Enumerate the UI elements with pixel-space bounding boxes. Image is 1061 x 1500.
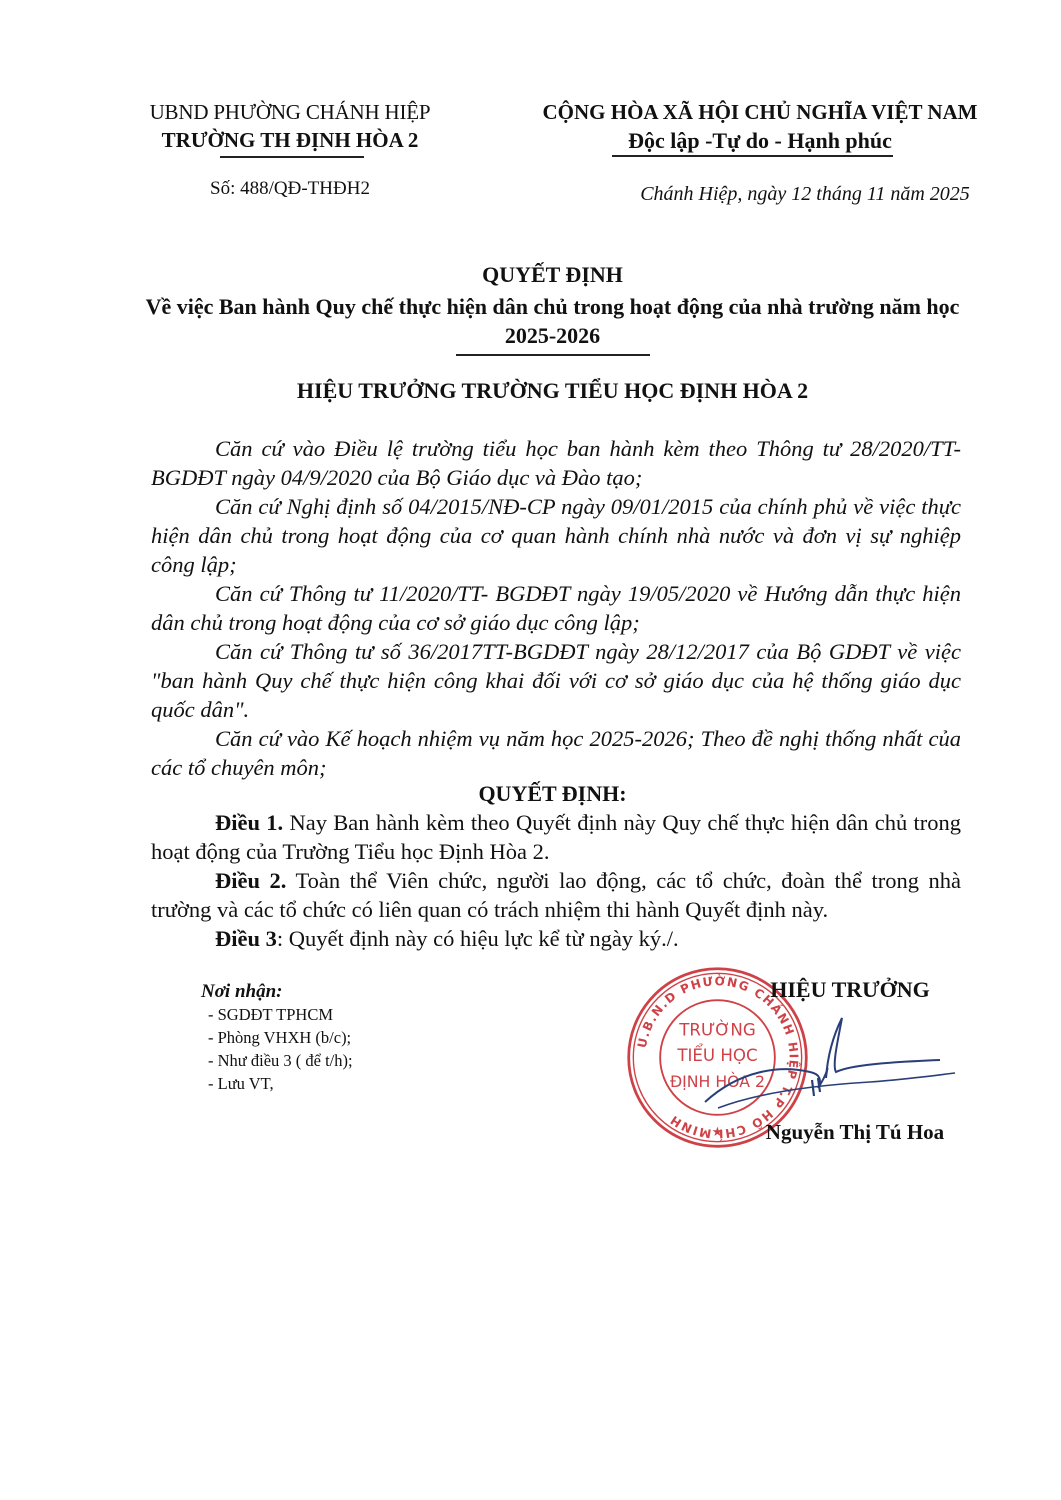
decision-heading: QUYẾT ĐỊNH:	[100, 781, 1005, 807]
article-2: Điều 2. Toàn thể Viên chức, người lao độ…	[151, 866, 961, 924]
document-number: Số: 488/QĐ-THĐH2	[120, 178, 460, 200]
recipient-item: - Phòng VHXH (b/c);	[200, 1026, 500, 1049]
legal-basis-2: Căn cứ Nghị định số 04/2015/NĐ-CP ngày 0…	[151, 492, 961, 579]
signatory-name: Nguyễn Thị Tú Hoa	[740, 1120, 970, 1145]
national-motto: Độc lập -Tự do - Hạnh phúc	[505, 128, 1015, 154]
document-subject: Về việc Ban hành Quy chế thực hiện dân c…	[140, 292, 965, 350]
article-3-text: : Quyết định này có hiệu lực kể từ ngày …	[277, 926, 679, 951]
header-right-divider	[612, 155, 893, 157]
issuing-authority: UBND PHƯỜNG CHÁNH HIỆP	[120, 100, 460, 125]
legal-basis-4: Căn cứ Thông tư số 36/2017TT-BGDĐT ngày …	[151, 637, 961, 724]
title-divider	[456, 354, 650, 356]
legal-bases: Căn cứ vào Điều lệ trường tiểu học ban h…	[151, 434, 961, 782]
recipient-item: - Như điều 3 ( để t/h);	[200, 1049, 500, 1072]
school-name: TRƯỜNG TH ĐỊNH HÒA 2	[120, 128, 460, 153]
svg-text:★: ★	[712, 1125, 724, 1140]
handwritten-signature-icon	[700, 1010, 960, 1120]
national-title: CỘNG HÒA XÃ HỘI CHỦ NGHĨA VIỆT NAM	[505, 100, 1015, 125]
article-1-label: Điều 1.	[215, 810, 283, 835]
signatory-position: HIỆU TRƯỞNG	[740, 977, 960, 1003]
decision-articles: Điều 1. Nay Ban hành kèm theo Quyết định…	[151, 808, 961, 953]
legal-basis-1: Căn cứ vào Điều lệ trường tiểu học ban h…	[151, 434, 961, 492]
article-3-label: Điều 3	[215, 926, 277, 951]
article-2-label: Điều 2.	[215, 868, 286, 893]
article-3: Điều 3: Quyết định này có hiệu lực kể từ…	[151, 924, 961, 953]
legal-basis-5: Căn cứ vào Kế hoạch nhiệm vụ năm học 202…	[151, 724, 961, 782]
document-title: QUYẾT ĐỊNH	[100, 262, 1005, 288]
issuing-officer-title: HIỆU TRƯỞNG TRƯỜNG TIỂU HỌC ĐỊNH HÒA 2	[100, 378, 1005, 404]
article-1: Điều 1. Nay Ban hành kèm theo Quyết định…	[151, 808, 961, 866]
header-left-divider	[220, 156, 364, 158]
recipients-block: Nơi nhận: - SGDĐT TPHCM - Phòng VHXH (b/…	[200, 980, 500, 1095]
place-and-date: Chánh Hiệp, ngày 12 tháng 11 năm 2025	[560, 183, 1050, 206]
recipients-title: Nơi nhận:	[201, 980, 500, 1003]
legal-basis-3: Căn cứ Thông tư 11/2020/TT- BGDĐT ngày 1…	[151, 579, 961, 637]
recipient-item: - Lưu VT,	[200, 1072, 500, 1095]
recipient-item: - SGDĐT TPHCM	[200, 1003, 500, 1026]
